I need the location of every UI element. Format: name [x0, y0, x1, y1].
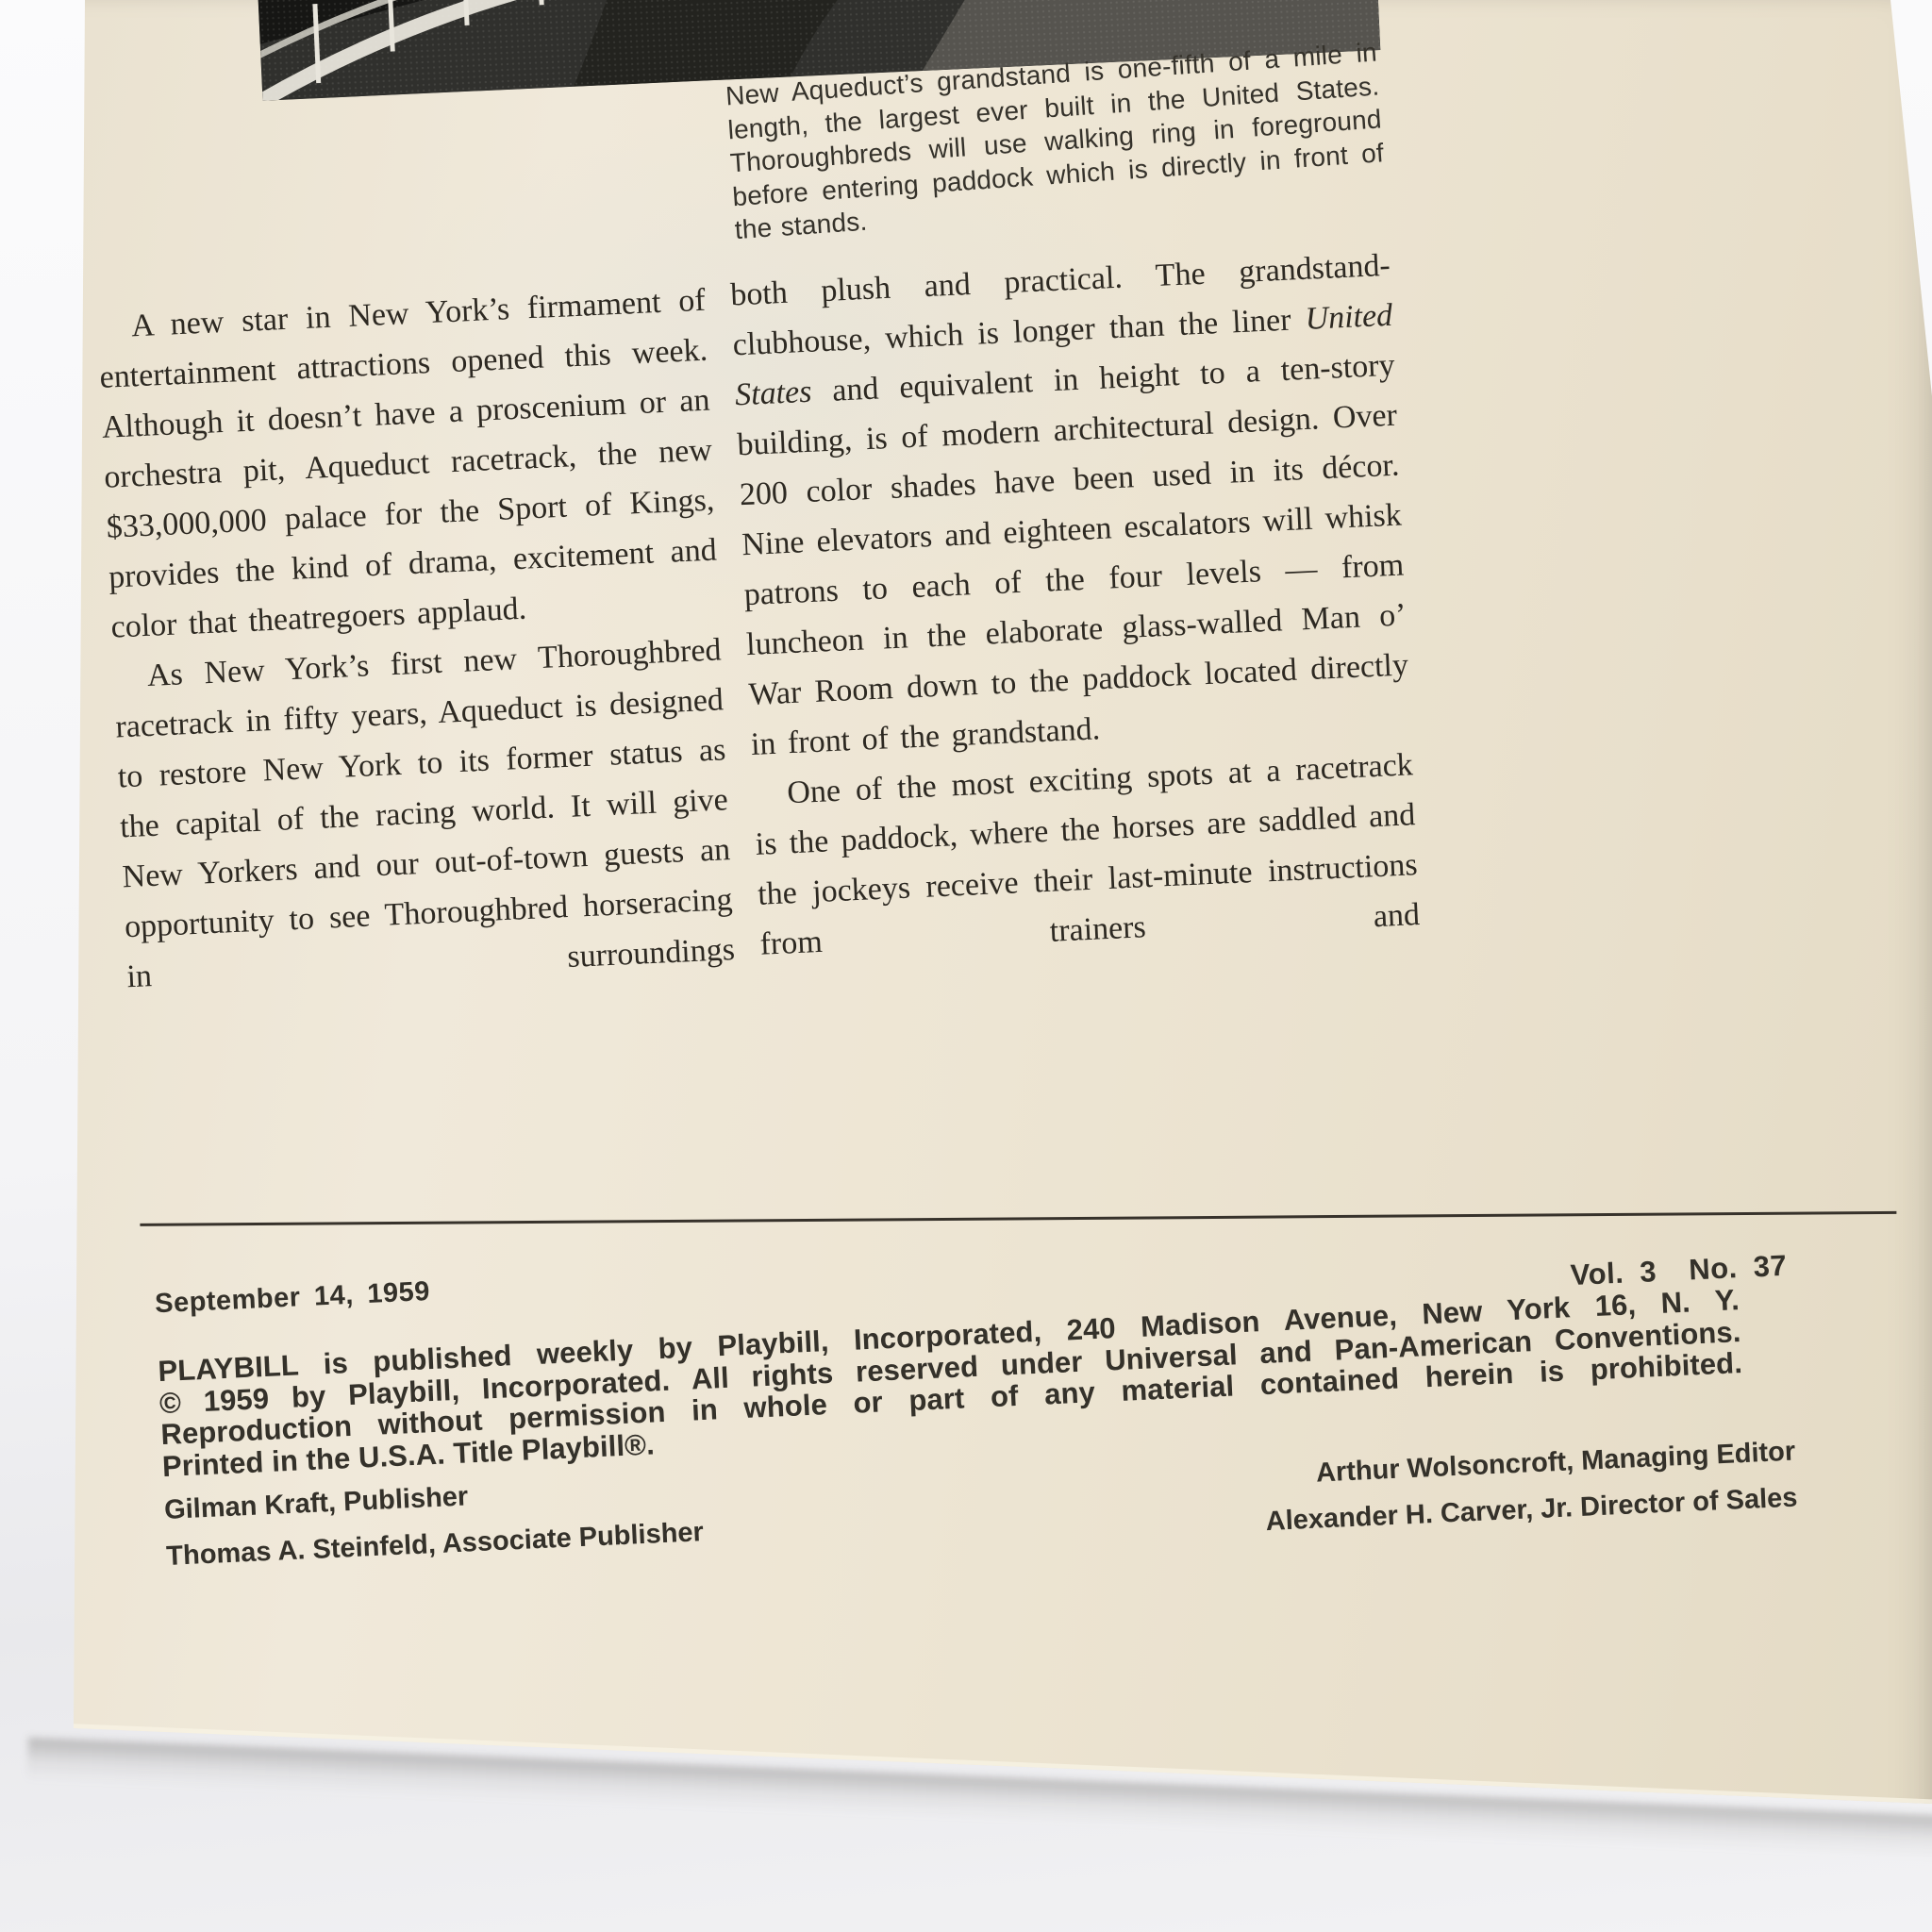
paragraph-4: One of the most exciting spots at a race… [752, 740, 1421, 970]
issue-date: September 14, 1959 [155, 1276, 431, 1320]
credits-left: Gilman Kraft, Publisher Thomas A. Steinf… [163, 1463, 706, 1595]
paragraph-2: As New York’s first new Thoroughbred rac… [112, 625, 736, 1002]
article-left-column: A new star in New York’s firmament of en… [96, 275, 736, 1002]
magazine-page: New Aqueduct’s grandstand is one-fifth o… [0, 0, 1932, 1932]
page-content: New Aqueduct’s grandstand is one-fifth o… [66, 0, 1932, 1875]
paragraph-3-lead: both plush and practical. The grandstand… [730, 248, 1391, 363]
article-right-column: both plush and practical. The grandstand… [729, 241, 1421, 970]
paragraph-3-tail: and equivalent in height to a ten-story … [737, 348, 1409, 762]
paragraph-3: both plush and practical. The grandstand… [729, 241, 1411, 770]
credits-right: Arthur Wolsoncroft, Managing Editor Alex… [1262, 1429, 1798, 1545]
paragraph-1: A new star in New York’s firmament of en… [96, 275, 720, 653]
photo-of-magazine-page: New Aqueduct’s grandstand is one-fifth o… [0, 0, 1932, 1932]
